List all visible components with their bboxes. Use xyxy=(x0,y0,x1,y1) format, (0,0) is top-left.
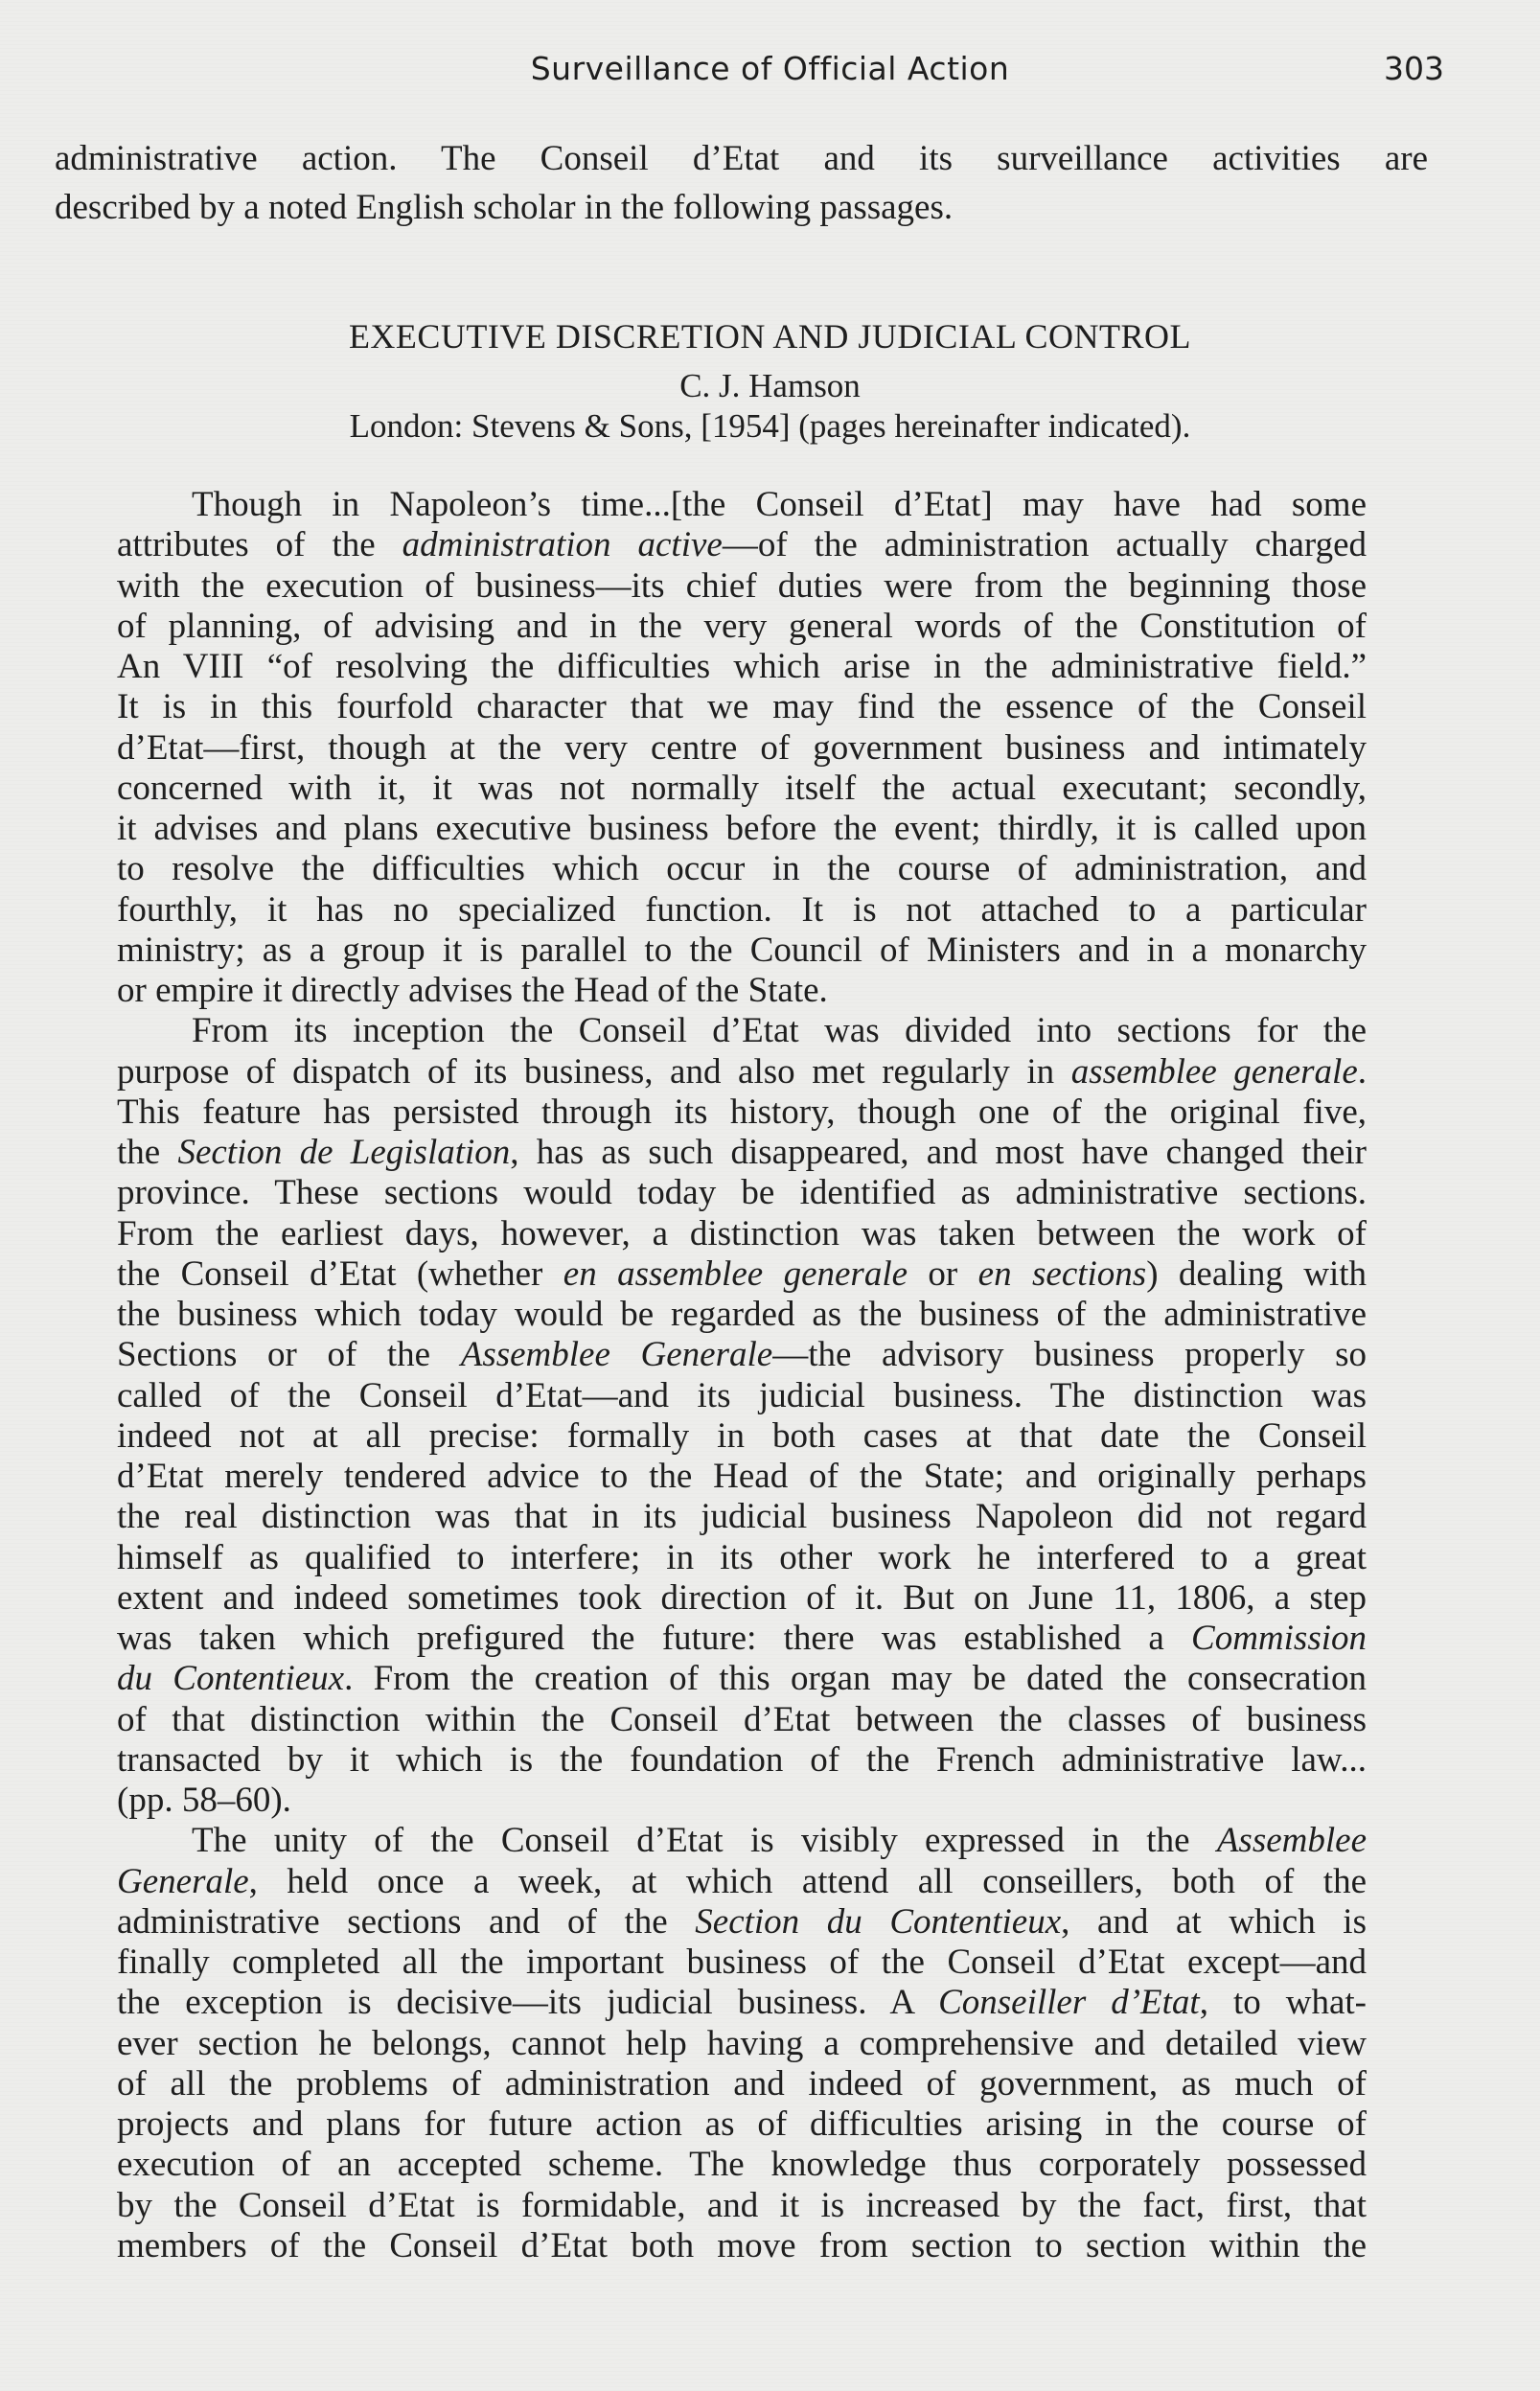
text-run: extent and indeed sometimes took directi… xyxy=(117,1578,1367,1618)
text-run: called of the Conseil d’Etat—and its jud… xyxy=(117,1376,1367,1415)
text-run: or empire it directly advises the Head o… xyxy=(117,971,828,1010)
text-run: ever section he belongs, cannot help hav… xyxy=(117,2024,1367,2063)
paragraph-3-line: Generale, held once a week, at which att… xyxy=(117,1862,1367,1902)
text-run: attributes of the xyxy=(117,525,402,564)
paragraph-2-line: the business which today would be regard… xyxy=(117,1295,1367,1335)
text-run: It is in this fourfold character that we… xyxy=(117,687,1367,726)
paragraph-1-line: Though in Napoleon’s time...[the Conseil… xyxy=(192,485,1367,525)
italic-run: Section de Legislation xyxy=(177,1133,510,1172)
text-run: of that distinction within the Conseil d… xyxy=(117,1700,1367,1739)
excerpt-author: C. J. Hamson xyxy=(0,366,1540,406)
italic-run: en sections xyxy=(978,1254,1147,1294)
text-run: the real distinction was that in its jud… xyxy=(117,1497,1367,1536)
text-run: , has as such disappeared, and most have… xyxy=(510,1133,1367,1172)
book-page: Surveillance of Official Action 303 admi… xyxy=(0,0,1540,2391)
text-run: ministry; as a group it is parallel to t… xyxy=(117,931,1367,970)
paragraph-2-line: was taken which prefigured the future: t… xyxy=(117,1619,1367,1659)
text-run: administrative action. The Conseil d’Eta… xyxy=(55,139,1428,178)
paragraph-1-line: or empire it directly advises the Head o… xyxy=(117,971,1367,1011)
paragraph-3-line: administrative sections and of the Secti… xyxy=(117,1902,1367,1943)
paragraph-2-line: This feature has persisted through its h… xyxy=(117,1092,1367,1133)
paragraph-2-line: Sections or of the Assemblee Generale—th… xyxy=(117,1335,1367,1375)
running-title: Surveillance of Official Action xyxy=(0,50,1540,87)
text-run: Though in Napoleon’s time...[the Conseil… xyxy=(192,485,1367,524)
text-run: —the advisory business properly so xyxy=(772,1335,1367,1374)
italic-run: Conseiller d’Etat xyxy=(938,1983,1200,2022)
paragraph-3-line: finally completed all the important busi… xyxy=(117,1943,1367,1983)
text-run: execution of an accepted scheme. The kno… xyxy=(117,2145,1367,2184)
paragraph-2-line: of that distinction within the Conseil d… xyxy=(117,1700,1367,1740)
paragraph-3-line: the exception is decisive—its judicial b… xyxy=(117,1983,1367,2023)
text-run: d’Etat—first, though at the very centre … xyxy=(117,728,1367,768)
text-run: or xyxy=(908,1254,978,1294)
paragraph-2-line: purpose of dispatch of its business, and… xyxy=(117,1052,1367,1092)
text-run: Sections or of the xyxy=(117,1335,461,1374)
text-run: transacted by it which is the foundation… xyxy=(117,1740,1367,1780)
excerpt-title: EXECUTIVE DISCRETION AND JUDICIAL CONTRO… xyxy=(0,316,1540,356)
italic-run: Assemblee xyxy=(1217,1821,1367,1860)
paragraph-3-line: projects and plans for future action as … xyxy=(117,2104,1367,2145)
paragraph-1-line: An VIII “of resolving the difficulties w… xyxy=(117,647,1367,687)
paragraph-2-line: province. These sections would today be … xyxy=(117,1173,1367,1213)
text-run: indeed not at all precise: formally in b… xyxy=(117,1416,1367,1456)
text-run: , to what- xyxy=(1200,1983,1367,2022)
paragraph-1-line: ministry; as a group it is parallel to t… xyxy=(117,931,1367,971)
paragraph-2-line: du Contentieux. From the creation of thi… xyxy=(117,1659,1367,1699)
italic-run: Section du Contentieux xyxy=(695,1902,1061,1942)
text-run: described by a noted English scholar in … xyxy=(55,188,953,227)
paragraph-2-line: the Section de Legislation, has as such … xyxy=(117,1133,1367,1173)
text-run: This feature has persisted through its h… xyxy=(117,1092,1367,1132)
paragraph-2-line: From its inception the Conseil d’Etat wa… xyxy=(192,1011,1367,1051)
paragraph-2-line: called of the Conseil d’Etat—and its jud… xyxy=(117,1376,1367,1416)
paragraph-3-line: by the Conseil d’Etat is formidable, and… xyxy=(117,2186,1367,2226)
text-run: purpose of dispatch of its business, and… xyxy=(117,1052,1071,1092)
page-number: 303 xyxy=(1384,50,1444,87)
paragraph-3-line: ever section he belongs, cannot help hav… xyxy=(117,2024,1367,2064)
text-run: projects and plans for future action as … xyxy=(117,2104,1367,2144)
text-run: concerned with it, it was not normally i… xyxy=(117,769,1367,808)
paragraph-1-line: attributes of the administration active—… xyxy=(117,525,1367,565)
text-run: was taken which prefigured the future: t… xyxy=(117,1619,1191,1658)
paragraph-2-line: indeed not at all precise: formally in b… xyxy=(117,1416,1367,1457)
paragraph-3-line: members of the Conseil d’Etat both move … xyxy=(117,2226,1367,2266)
paragraph-1-line: of planning, of advising and in the very… xyxy=(117,607,1367,647)
text-run: to resolve the difficulties which occur … xyxy=(117,849,1367,888)
paragraph-1-line: concerned with it, it was not normally i… xyxy=(117,769,1367,809)
paragraph-1-line: to resolve the difficulties which occur … xyxy=(117,849,1367,889)
text-run: with the execution of business—its chief… xyxy=(117,566,1367,606)
text-run: , and at which is xyxy=(1061,1902,1367,1942)
paragraph-2-line: From the earliest days, however, a disti… xyxy=(117,1214,1367,1254)
paragraph-1-line: with the execution of business—its chief… xyxy=(117,566,1367,607)
paragraph-2-line: the real distinction was that in its jud… xyxy=(117,1497,1367,1537)
italic-run: du Contentieux xyxy=(117,1659,344,1698)
text-run: by the Conseil d’Etat is formidable, and… xyxy=(117,2186,1367,2225)
text-run: The unity of the Conseil d’Etat is visib… xyxy=(192,1821,1217,1860)
paragraph-2-line: himself as qualified to interfere; in it… xyxy=(117,1538,1367,1578)
text-run: , held once a week, at which attend all … xyxy=(249,1862,1367,1901)
italic-run: en assemblee generale xyxy=(563,1254,908,1294)
paragraph-2-line: d’Etat merely tendered advice to the Hea… xyxy=(117,1457,1367,1497)
paragraph-2-line: the Conseil d’Etat (whether en assemblee… xyxy=(117,1254,1367,1295)
text-run: (pp. 58–60). xyxy=(117,1781,291,1820)
text-run: province. These sections would today be … xyxy=(117,1173,1367,1212)
italic-run: Assemblee Generale xyxy=(461,1335,772,1374)
italic-run: Generale xyxy=(117,1862,249,1901)
text-run: the business which today would be regard… xyxy=(117,1295,1367,1334)
text-run: of planning, of advising and in the very… xyxy=(117,607,1367,646)
intro-line: described by a noted English scholar in … xyxy=(55,188,1428,228)
text-run: An VIII “of resolving the difficulties w… xyxy=(117,647,1367,686)
text-run: From its inception the Conseil d’Etat wa… xyxy=(192,1011,1367,1050)
text-run: the xyxy=(117,1133,177,1172)
text-run: From the earliest days, however, a disti… xyxy=(117,1214,1367,1253)
running-head: Surveillance of Official Action 303 xyxy=(0,50,1540,98)
paragraph-2-line: transacted by it which is the foundation… xyxy=(117,1740,1367,1781)
text-run: members of the Conseil d’Etat both move … xyxy=(117,2226,1367,2265)
text-run: d’Etat merely tendered advice to the Hea… xyxy=(117,1457,1367,1496)
text-run: it advises and plans executive business … xyxy=(117,809,1367,848)
paragraph-1-line: It is in this fourfold character that we… xyxy=(117,687,1367,727)
text-run: of all the problems of administration an… xyxy=(117,2064,1367,2104)
text-run: administrative sections and of the xyxy=(117,1902,695,1942)
text-run: —of the administration actually charged xyxy=(723,525,1367,564)
italic-run: Commission xyxy=(1191,1619,1367,1658)
italic-run: assemblee generale xyxy=(1071,1052,1358,1092)
paragraph-2-line: (pp. 58–60). xyxy=(117,1781,1367,1821)
paragraph-3-line: The unity of the Conseil d’Etat is visib… xyxy=(192,1821,1367,1861)
text-run: himself as qualified to interfere; in it… xyxy=(117,1538,1367,1577)
paragraph-3-line: of all the problems of administration an… xyxy=(117,2064,1367,2104)
intro-line: administrative action. The Conseil d’Eta… xyxy=(55,139,1428,179)
text-run: . From the creation of this organ may be… xyxy=(344,1659,1367,1698)
paragraph-2-line: extent and indeed sometimes took directi… xyxy=(117,1578,1367,1619)
text-run: the Conseil d’Etat (whether xyxy=(117,1254,563,1294)
paragraph-3-line: execution of an accepted scheme. The kno… xyxy=(117,2145,1367,2185)
text-run: . xyxy=(1358,1052,1367,1092)
text-run: finally completed all the important busi… xyxy=(117,1943,1367,1982)
italic-run: administration active xyxy=(402,525,723,564)
paragraph-1-line: d’Etat—first, though at the very centre … xyxy=(117,728,1367,769)
paragraph-1-line: it advises and plans executive business … xyxy=(117,809,1367,849)
text-run: the exception is decisive—its judicial b… xyxy=(117,1983,938,2022)
excerpt-citation: London: Stevens & Sons, [1954] (pages he… xyxy=(0,406,1540,447)
text-run: fourthly, it has no specialized function… xyxy=(117,890,1367,930)
text-run: ) dealing with xyxy=(1146,1254,1367,1294)
paragraph-1-line: fourthly, it has no specialized function… xyxy=(117,890,1367,931)
